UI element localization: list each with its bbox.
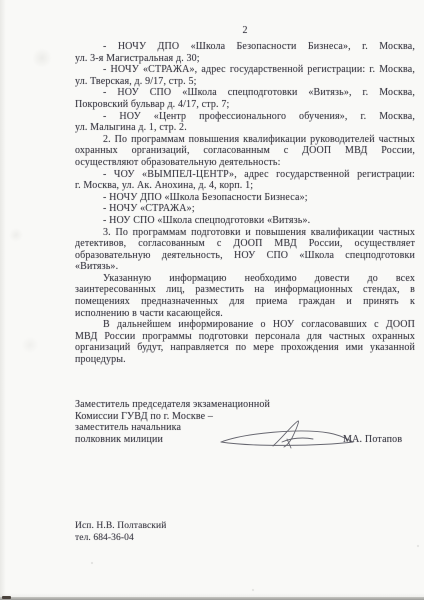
executor-phone: тел. 684-36-04 [75, 533, 166, 545]
body-line: - НОУ «Центр профессионального обучения»… [75, 111, 415, 123]
body-line: исполнению в части касающейся. [75, 308, 415, 320]
body-line: - ЧОУ «ВЫМПЕЛ-ЦЕНТР», адрес государствен… [75, 169, 415, 181]
body-line: Указанную информацию необходимо довести … [75, 273, 415, 285]
body-line: - НОЧУ ДПО «Школа Безопасности Бизнеса»,… [75, 41, 415, 53]
body-line: - НОЧУ «СТРАЖА»; [75, 203, 415, 215]
body-line: - НОЧУ ДПО «Школа Безопасности Бизнеса»; [75, 192, 415, 204]
body-line: охранных организаций, согласованным с ДО… [75, 145, 415, 157]
executor-name: Исп. Н.В. Полтавский [75, 521, 166, 533]
body-line: - НОУ СПО «Школа спецподготовки «Витязь»… [75, 87, 415, 99]
scanned-document-page: 2 - НОЧУ ДПО «Школа Безопасности Бизнеса… [0, 0, 424, 600]
signature-title-line: Заместитель председателя экзаменационной [75, 399, 325, 411]
body-line: «Витязь». [75, 261, 415, 273]
body-line: В дальнейшем информирование о НОУ соглас… [75, 319, 415, 331]
body-line: - НОУ СПО «Школа спецподготовки «Витязь»… [75, 215, 415, 227]
executor-note: Исп. Н.В. Полтавский тел. 684-36-04 [75, 521, 166, 544]
body-line: заинтересованных лиц, разместить на инфо… [75, 284, 415, 296]
body-line: организаций будут, направляется по мере … [75, 342, 415, 354]
body-line: 2. По программам повышения квалификации … [75, 134, 415, 146]
body-line: осуществляют образовательную деятельност… [75, 157, 415, 169]
signature-name: МА. Потапов [343, 434, 402, 445]
signature-scribble [215, 415, 355, 451]
body-line: г. Москва, ул. Ак. Анохина, д. 4, корп. … [75, 180, 415, 192]
body-line: образовательную деятельность, НОУ СПО «Ш… [75, 250, 415, 262]
body-line: ул. 3-я Магистральная д. 30; [75, 53, 415, 65]
body-line: процедуры. [75, 354, 415, 366]
body-line: Покровский бульвар д. 4/17, стр. 7; [75, 99, 415, 111]
body-line: ул. Малыгина д. 1, стр. 2. [75, 122, 415, 134]
scanner-mark [2, 596, 11, 599]
body-line: 3. По программам подготовки и повышения … [75, 227, 415, 239]
body-line: детективов, согласованным с ДООП МВД Рос… [75, 238, 415, 250]
document-body: - НОЧУ ДПО «Школа Безопасности Бизнеса»,… [75, 41, 415, 366]
body-line: помещениях предназначенных для приема гр… [75, 296, 415, 308]
body-line: ул. Тверская, д. 9/17, стр. 5; [75, 76, 415, 88]
body-line: - НОЧУ «СТРАЖА», адрес государственной р… [75, 64, 415, 76]
page-number: 2 [75, 25, 415, 36]
body-line: МВД России программы подготовки персонал… [75, 331, 415, 343]
